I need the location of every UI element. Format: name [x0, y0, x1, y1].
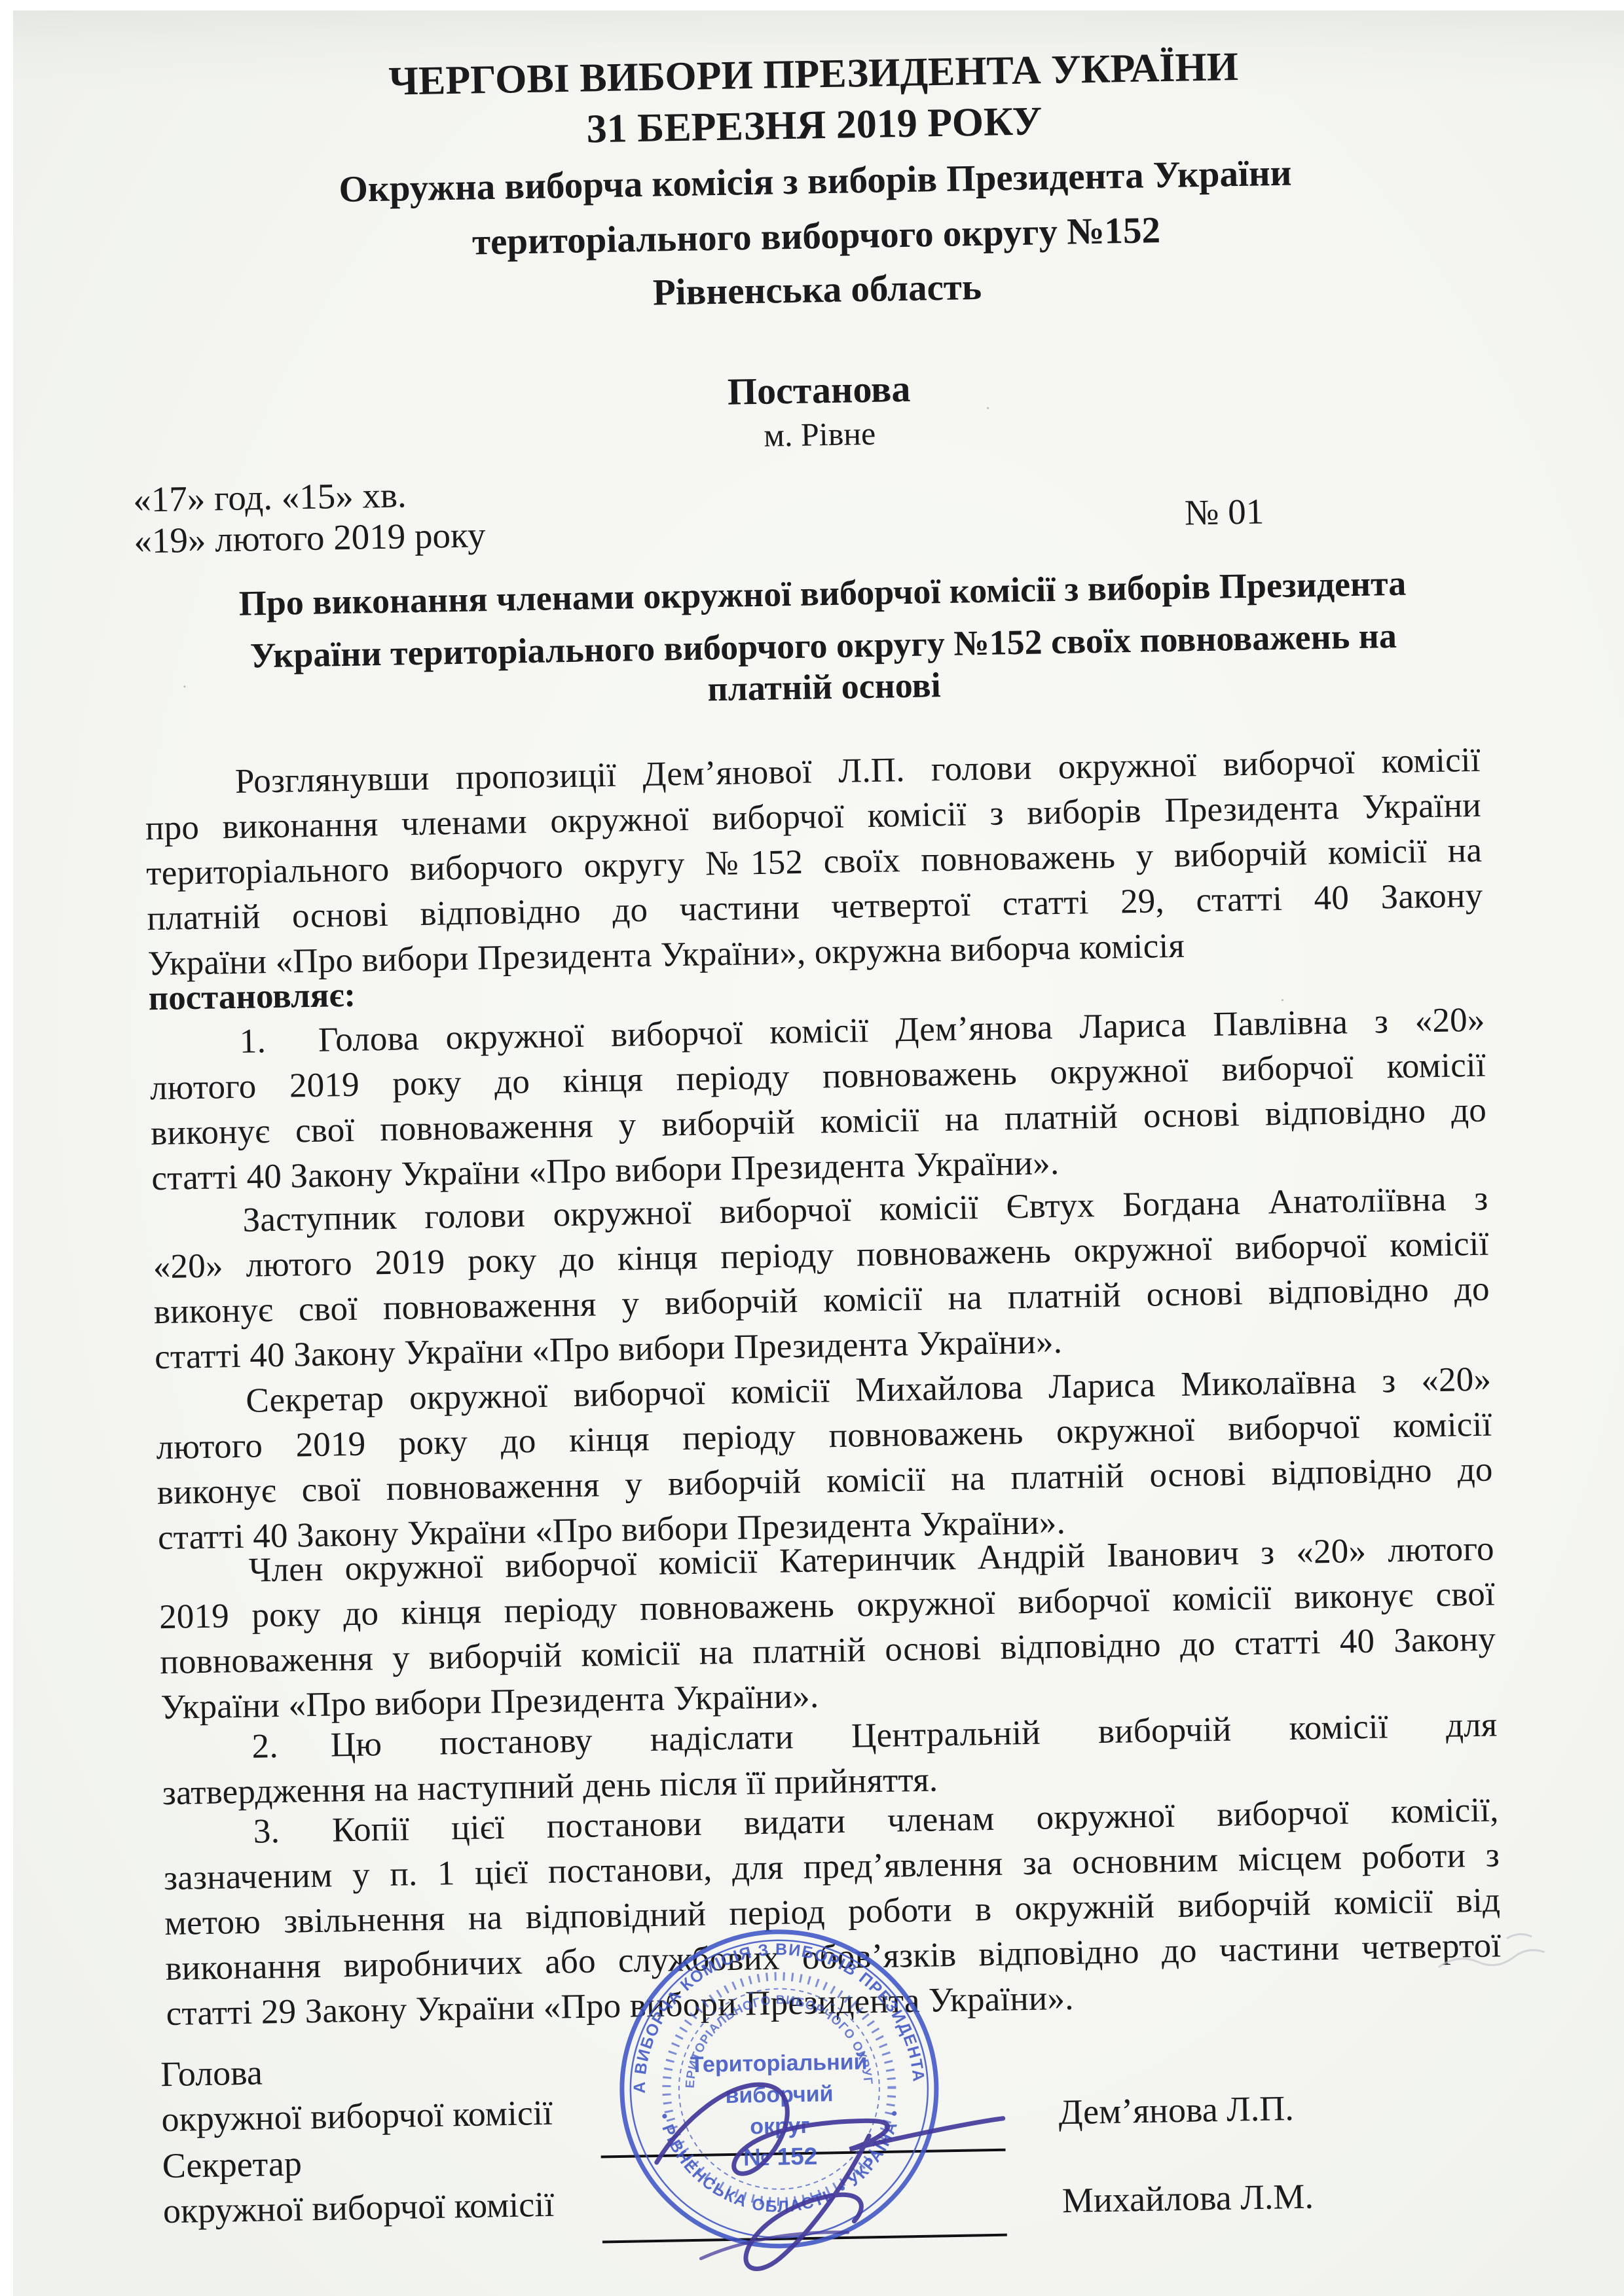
signer-role-head-commission: окружної виборчої комісії — [161, 2091, 553, 2141]
resolves-word: постановляє: — [148, 973, 356, 1022]
paragraph-preamble: Розглянувши пропозиції Дем’янової Л.П. г… — [144, 738, 1484, 987]
signer-role-head: Голова — [160, 2050, 263, 2096]
stamp-center-line-number: № 152 — [743, 2143, 818, 2171]
pencil-scribble-mark — [1507, 1934, 1531, 1938]
scan-dust-speck — [1282, 999, 1283, 1001]
stamp-center-line: виборчий — [725, 2081, 834, 2108]
paragraph-deputy-head: Заступник голови окружної виборчої коміс… — [152, 1176, 1491, 1381]
round-official-stamp: ОКРУЖНА ВИБОРЧА КОМІСІЯ З ВИБОРІВ ПРЕЗИД… — [613, 1922, 946, 2255]
document-content: ЧЕРГОВІ ВИБОРИ ПРЕЗИДЕНТА УКРАЇНИ 31 БЕР… — [0, 0, 1624, 2295]
scanned-document-page: ЧЕРГОВІ ВИБОРИ ПРЕЗИДЕНТА УКРАЇНИ 31 БЕР… — [0, 0, 1624, 2296]
signer-role-secretary: Секретар — [162, 2141, 302, 2187]
scan-dust-speck — [524, 1497, 526, 1499]
signer-role-secretary-commission: окружної виборчої комісії — [162, 2183, 554, 2232]
paragraph-item-1: 1. Голова окружної виборчої комісії Дем’… — [149, 998, 1488, 1202]
scan-dust-speck — [286, 655, 288, 657]
stamp-center-line: Територіальний — [690, 2049, 868, 2077]
paragraph-member: Член окружної виборчої комісії Катеринчи… — [158, 1527, 1497, 1731]
stamp-center-line: округ — [750, 2113, 810, 2140]
doc-date-line: «19» лютого 2019 року — [134, 512, 486, 563]
signer-name-head: Дем’янова Л.П. — [1058, 2086, 1294, 2134]
scan-dust-speck — [183, 685, 185, 687]
doc-number: № 01 — [1184, 488, 1264, 535]
signer-name-secretary: Михайлова Л.М. — [1061, 2175, 1314, 2223]
scan-dust-speck — [987, 407, 989, 409]
